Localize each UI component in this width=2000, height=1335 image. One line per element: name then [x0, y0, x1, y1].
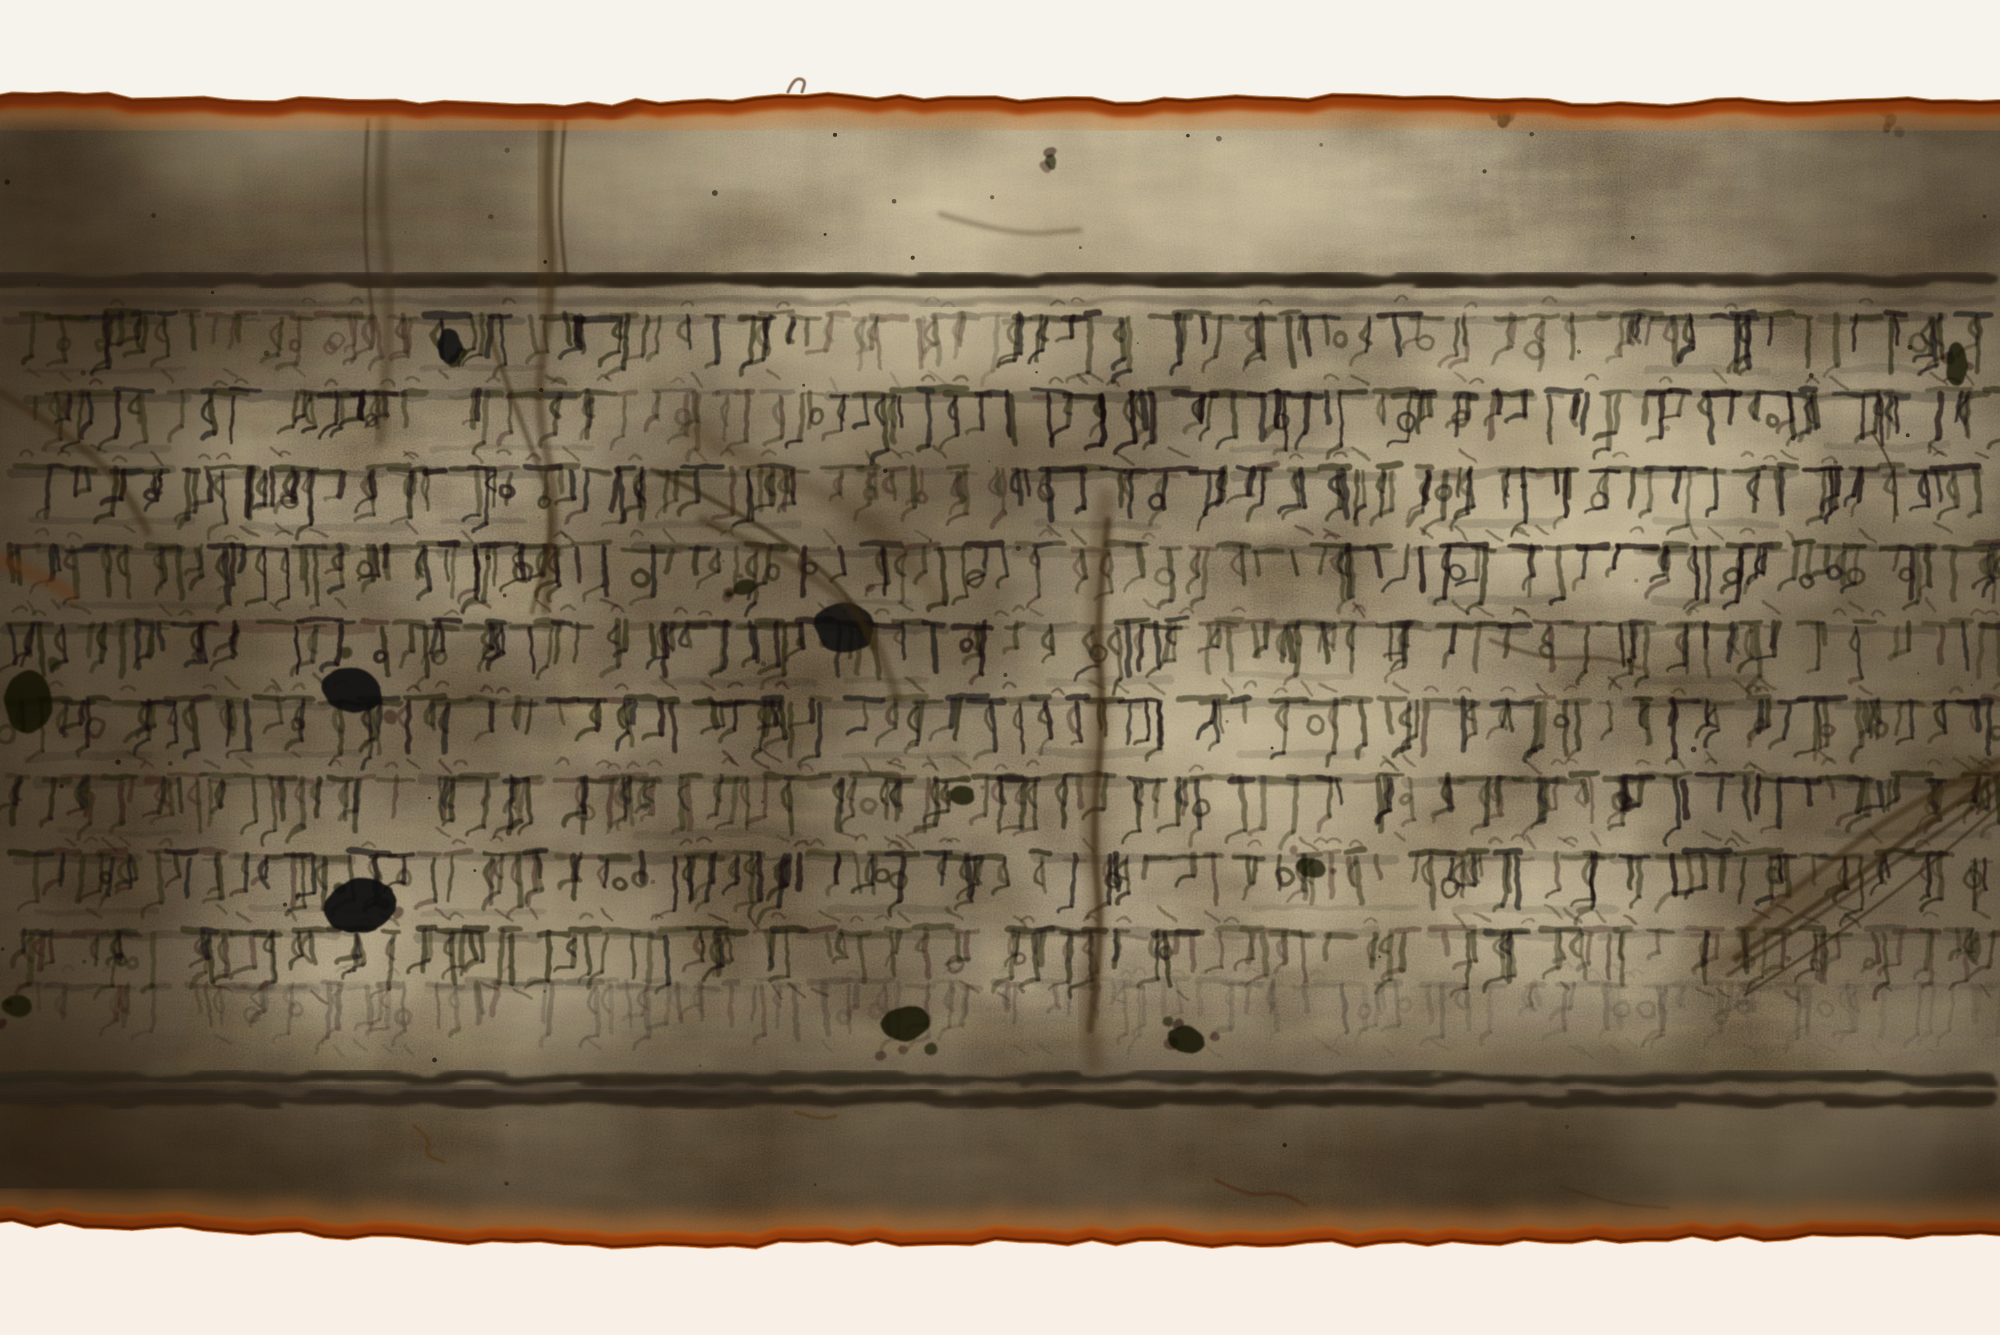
photo-vignette — [0, 92, 2000, 1249]
manuscript-photo — [0, 0, 2000, 1335]
manuscript-canvas — [0, 0, 2000, 1335]
vignette-overlay — [0, 92, 2000, 1249]
